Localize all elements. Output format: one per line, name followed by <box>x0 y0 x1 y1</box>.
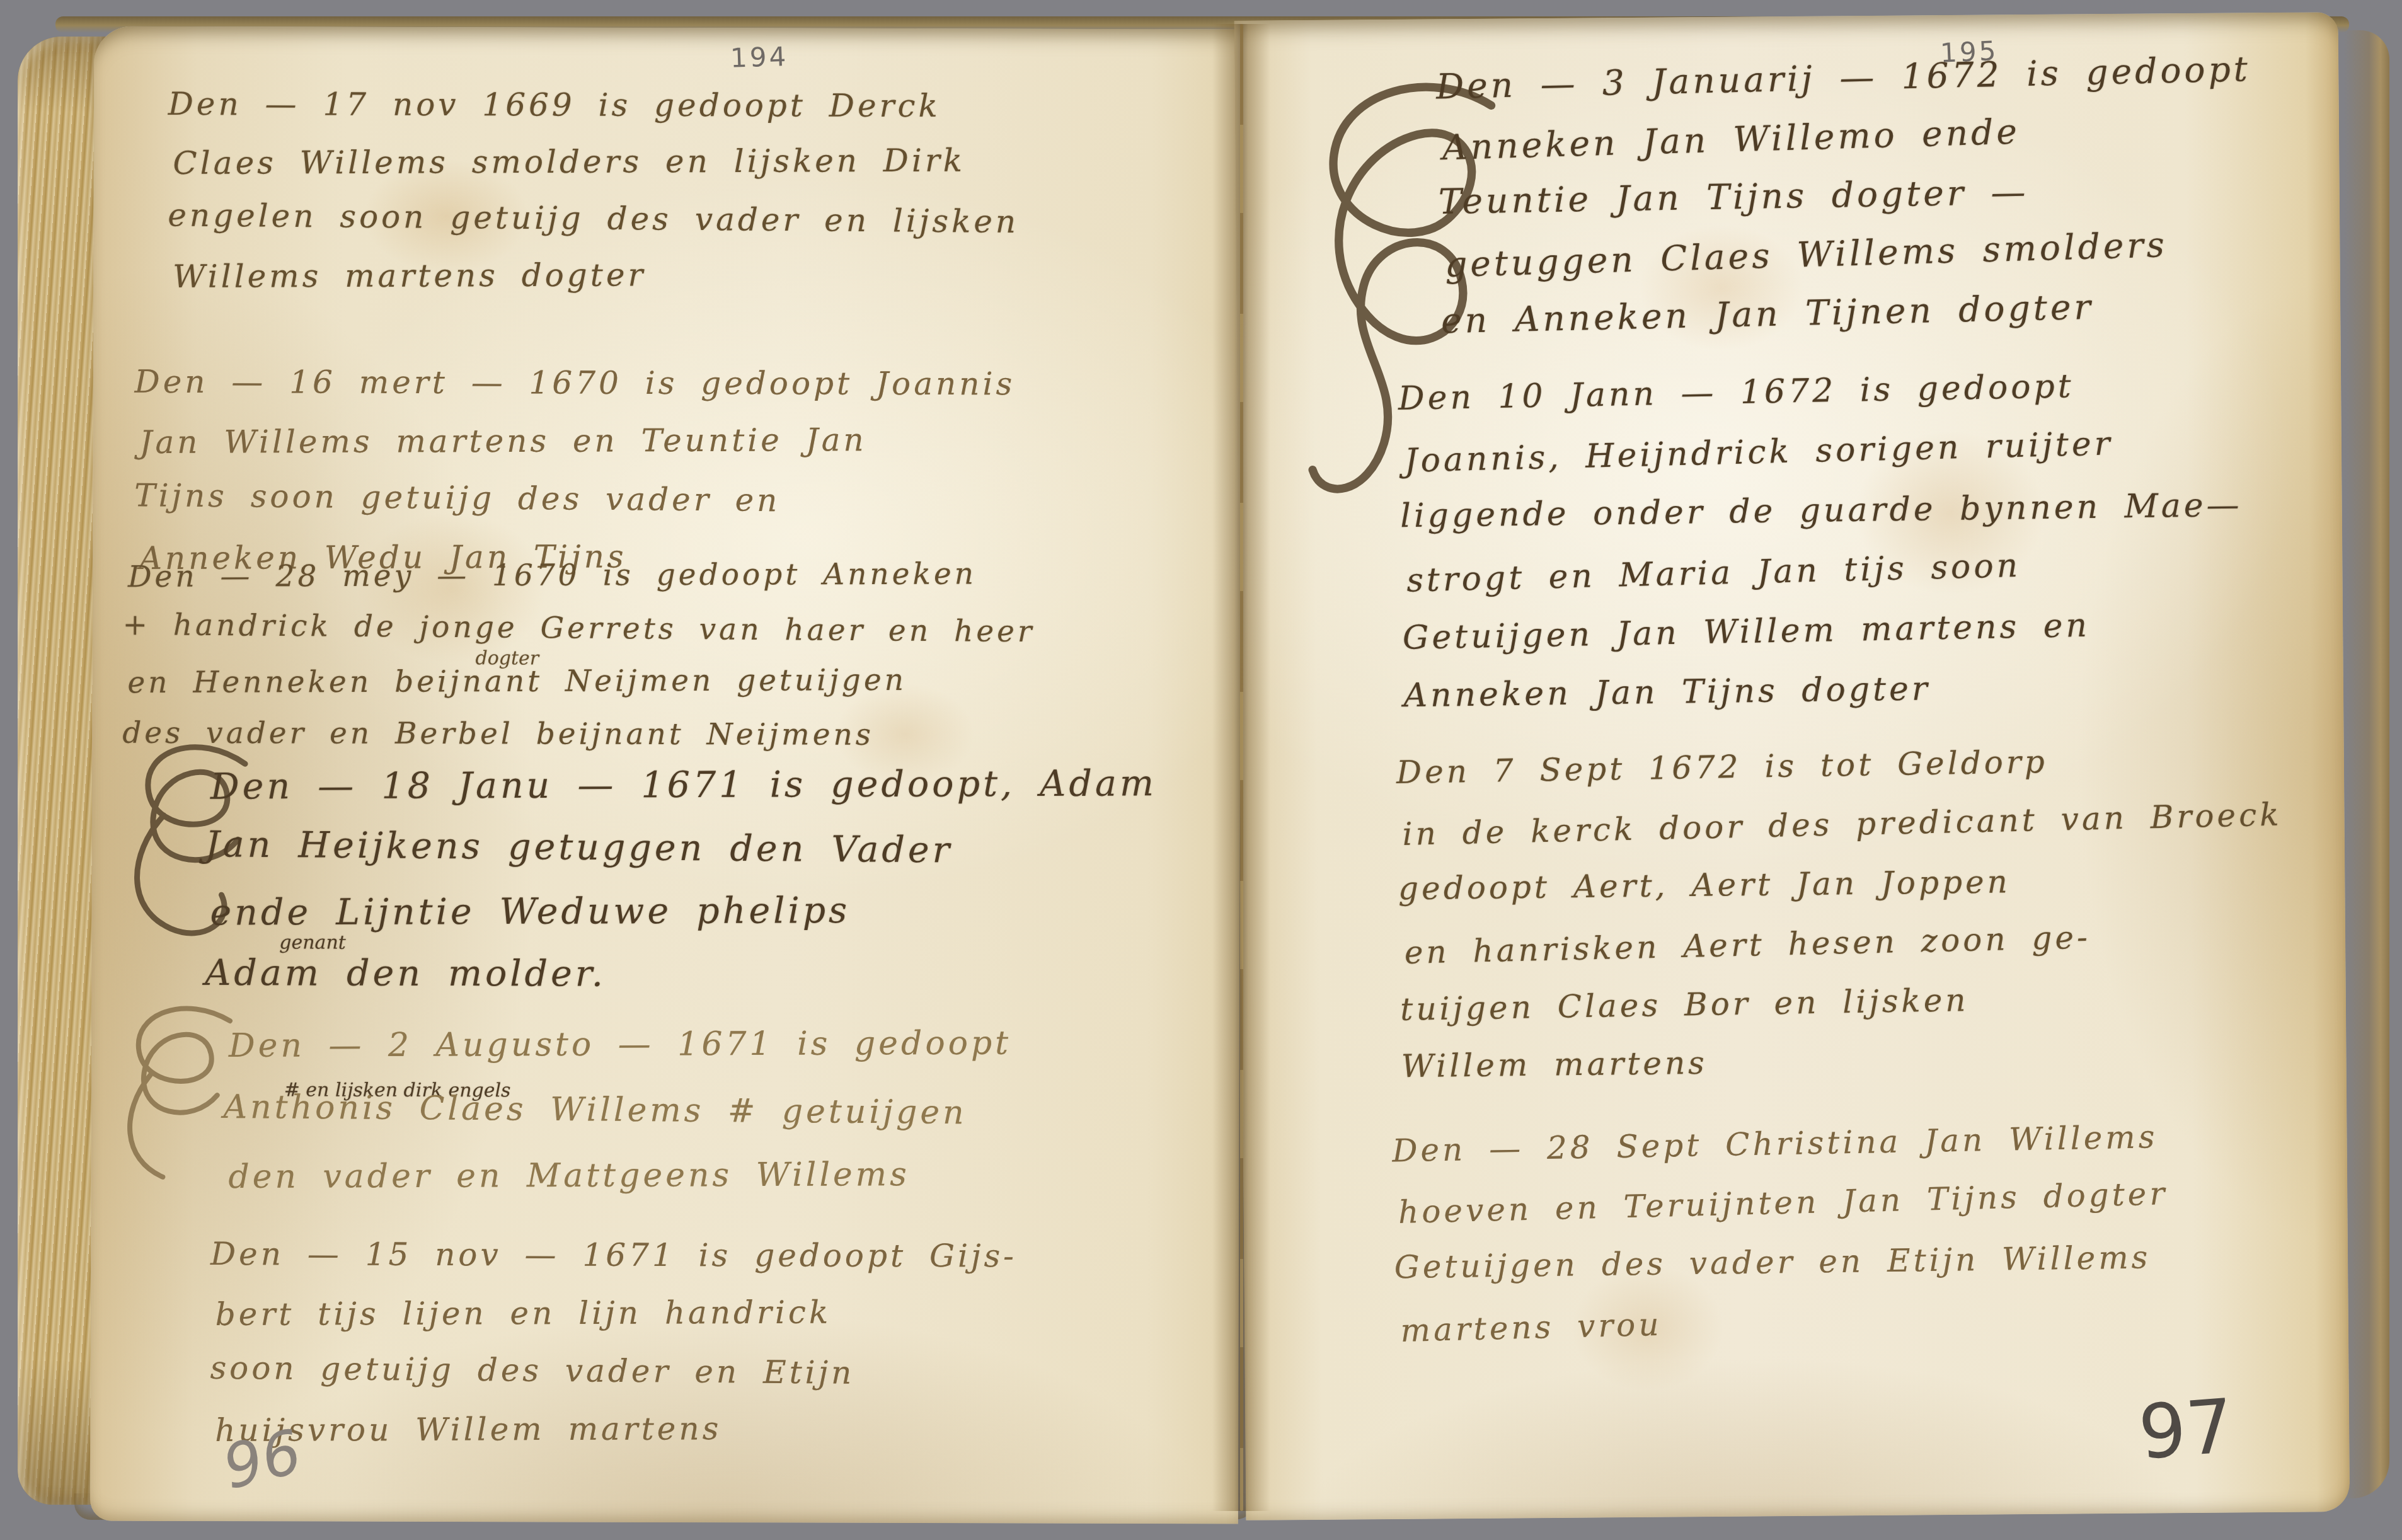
baptism-entry: Den — 17 nov 1669 is gedoopt DerckClaes … <box>168 76 1020 305</box>
handwritten-line: bert tijs lijen en lijn handrick <box>215 1283 1022 1343</box>
handwritten-line: engelen soon getuijg des vader en lijske… <box>168 187 1020 250</box>
handwritten-line: Den — 28 mey — 1670 is gedoopt Anneken <box>128 548 1040 604</box>
right-page: 195 Den — 3 Januarij — 1672 is gedooptAn… <box>1234 12 2350 1520</box>
handwritten-line: en Henneken beijnant Neijmen getuijgen <box>127 653 1040 710</box>
handwritten-line: Tijns soon getuijg des vader en <box>134 466 1015 531</box>
baptism-entry: genant Den — 18 Janu — 1671 is gedoopt, … <box>205 752 1152 1007</box>
folio-number-pencil: 97 <box>2135 1382 2236 1476</box>
handwritten-line: Den — 18 Janu — 1671 is gedoopt, Adam <box>210 752 1157 818</box>
binding-gutter <box>1212 24 1270 1511</box>
baptism-entry: Den 10 Jann — 1672 is gedooptJoannis, He… <box>1398 353 2246 728</box>
handwritten-line: Den — 16 mert — 1670 is gedoopt Joannis <box>135 353 1016 413</box>
handwritten-line: + handrick de jonge Gerrets van haer en … <box>122 599 1035 658</box>
handwritten-line: soon getuijg des vader en Etijn <box>210 1339 1017 1403</box>
baptism-entry: Den — 15 nov — 1671 is gedoopt Gijs-bert… <box>210 1225 1017 1459</box>
handwritten-line: ende Lijntie Weduwe phelips <box>210 878 1156 944</box>
baptism-entry: dogter Den — 28 mey — 1670 is gedoopt An… <box>122 548 1035 762</box>
left-page: 194 Den — 17 nov 1669 is gedoopt DerckCl… <box>90 26 1242 1524</box>
handwritten-line: Adam den molder. <box>205 941 1151 1007</box>
handwritten-line: Den — 2 Augusto — 1671 is gedoopt <box>229 1011 1012 1079</box>
baptism-entry: # en lijsken dirk engels Den — 2 Augusto… <box>223 1011 1006 1209</box>
handwritten-line: Anneken Jan Tijns dogter <box>1403 655 2246 726</box>
handwritten-line: Den — 17 nov 1669 is gedoopt Derck <box>168 76 1020 135</box>
right-page-deckle-edge <box>2344 30 2389 1498</box>
handwritten-line: Willems martens dogter <box>173 245 1024 305</box>
handwritten-line: den vader en Mattgeens Willems <box>228 1142 1011 1210</box>
archive-page-number: 194 <box>730 41 789 74</box>
handwritten-line: Anthonis Claes Willems # getuijgen <box>223 1074 1006 1146</box>
handwritten-line: Claes Willems smolders en lijsken Dirk <box>173 132 1024 192</box>
open-register-book: 194 Den — 17 nov 1669 is gedoopt DerckCl… <box>18 11 2387 1524</box>
handwritten-line: Willem martens <box>1401 1026 2281 1096</box>
handwritten-line: Den — 15 nov — 1671 is gedoopt Gijs- <box>210 1225 1017 1285</box>
baptism-entry: Den — 28 Sept Christina Jan Willemshoeve… <box>1391 1107 2165 1358</box>
baptism-entry: Den 7 Sept 1672 is tot Geldorpin de kerc… <box>1396 728 2281 1098</box>
handwritten-line: Jan Heijkens getuggen den Vader <box>205 813 1152 883</box>
handwritten-line: Jan Willems martens en Teuntie Jan <box>139 410 1020 471</box>
handwritten-line: huijsvrou Willem martens <box>215 1399 1021 1459</box>
manuscript-scan: 194 Den — 17 nov 1669 is gedoopt DerckCl… <box>0 0 2402 1540</box>
binding-seam <box>1240 24 1243 1511</box>
baptism-entry: Den — 3 Januarij — 1672 is gedooptAnneke… <box>1435 40 2256 350</box>
